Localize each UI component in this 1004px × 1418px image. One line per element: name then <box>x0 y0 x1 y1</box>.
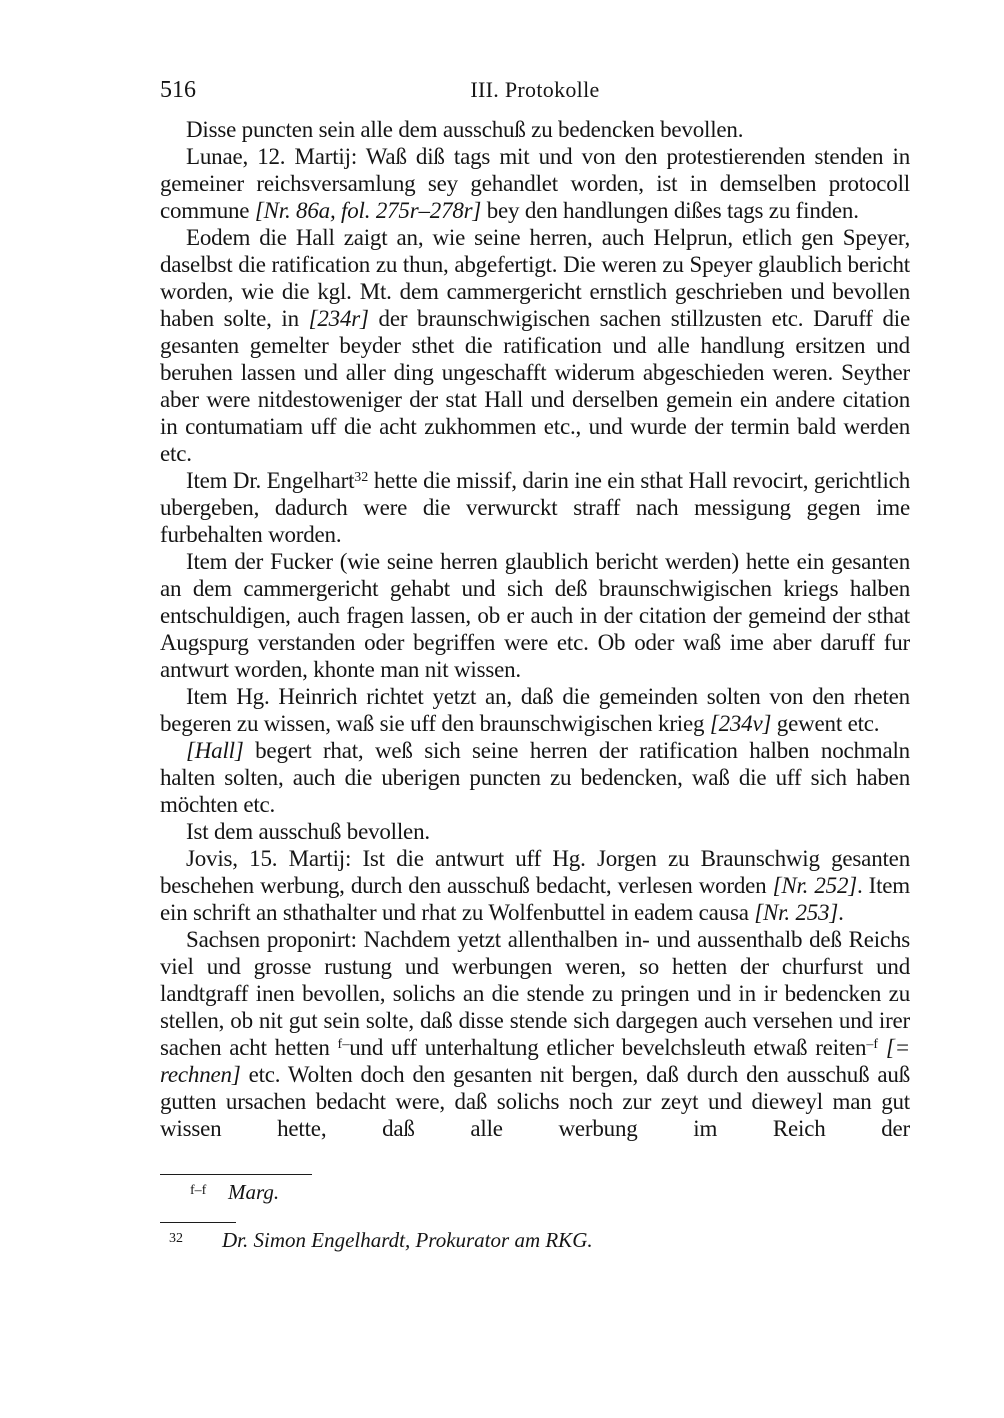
italic-run: [234r] <box>309 306 369 331</box>
footnote-text: Dr. Simon Engelhardt, Prokurator am RKG. <box>222 1227 593 1253</box>
italic-run: [234v] <box>710 711 771 736</box>
paragraph: Item Hg. Heinrich richtet yetzt an, daß … <box>160 683 910 737</box>
italic-run: [Nr. 86a, fol. 275r–278r] <box>255 198 481 223</box>
book-page: 516 III. Protokolle Disse puncten sein a… <box>0 0 1004 1418</box>
paragraph: Sachsen proponirt: Nachdem yetzt allenth… <box>160 926 910 1142</box>
footnote-separator-rule <box>160 1174 312 1175</box>
text-run <box>878 1035 886 1060</box>
text-run: gewent etc. <box>771 711 879 736</box>
text-run: Item der Fucker (wie seine herren glaubl… <box>160 549 910 682</box>
footnote-separator-rule <box>160 1222 236 1223</box>
running-header: 516 III. Protokolle <box>160 78 910 104</box>
paragraph: Lunae, 12. Martij: Waß diß tags mit und … <box>160 143 910 224</box>
paragraph: Disse puncten sein alle dem ausschuß zu … <box>160 116 910 143</box>
italic-run: [Hall] <box>186 738 244 763</box>
superscript-note-marker: f– <box>338 1037 350 1052</box>
text-run: Item Dr. Engelhart <box>186 468 354 493</box>
superscript-note-marker: 32 <box>354 470 368 485</box>
footnote-text: Marg. <box>228 1179 279 1205</box>
text-run: . <box>838 900 844 925</box>
paragraph: Item der Fucker (wie seine herren glaubl… <box>160 548 910 683</box>
footnotes: f–fMarg.32Dr. Simon Engelhardt, Prokurat… <box>160 1174 910 1270</box>
text-run: bey den handlungen dißes tags zu finden. <box>481 198 859 223</box>
section-title: III. Protokolle <box>160 79 910 101</box>
italic-run: [Nr. 252] <box>773 873 857 898</box>
paragraph: Jovis, 15. Martij: Ist die antwurt uff H… <box>160 845 910 926</box>
text-run: Disse puncten sein alle dem ausschuß zu … <box>186 117 743 142</box>
footnote: f–fMarg. <box>160 1174 910 1209</box>
footnote-marker: 32 <box>160 1226 222 1252</box>
footnote: 32Dr. Simon Engelhardt, Prokurator am RK… <box>160 1222 910 1257</box>
paragraph: Eodem die Hall zaigt an, wie seine herre… <box>160 224 910 467</box>
paragraph: Item Dr. Engelhart32 hette die missif, d… <box>160 467 910 548</box>
footnote-line: 32Dr. Simon Engelhardt, Prokurator am RK… <box>160 1227 910 1257</box>
footnote-marker: f–f <box>160 1178 228 1204</box>
superscript-note-marker: –f <box>866 1037 878 1052</box>
text-run: begert rhat, weß sich seine herren der r… <box>160 738 910 817</box>
text-run: Ist dem ausschuß bevollen. <box>186 819 430 844</box>
footnote-line: f–fMarg. <box>160 1179 910 1209</box>
italic-run: [Nr. 253] <box>754 900 838 925</box>
text-run: etc. Wolten doch den gesanten nit bergen… <box>160 1062 910 1141</box>
paragraph: Ist dem ausschuß bevollen. <box>160 818 910 845</box>
text-run: und uff unterhaltung etlicher bevelchsle… <box>349 1035 866 1060</box>
text-block: Disse puncten sein alle dem ausschuß zu … <box>160 116 910 1142</box>
paragraph: [Hall] begert rhat, weß sich seine herre… <box>160 737 910 818</box>
